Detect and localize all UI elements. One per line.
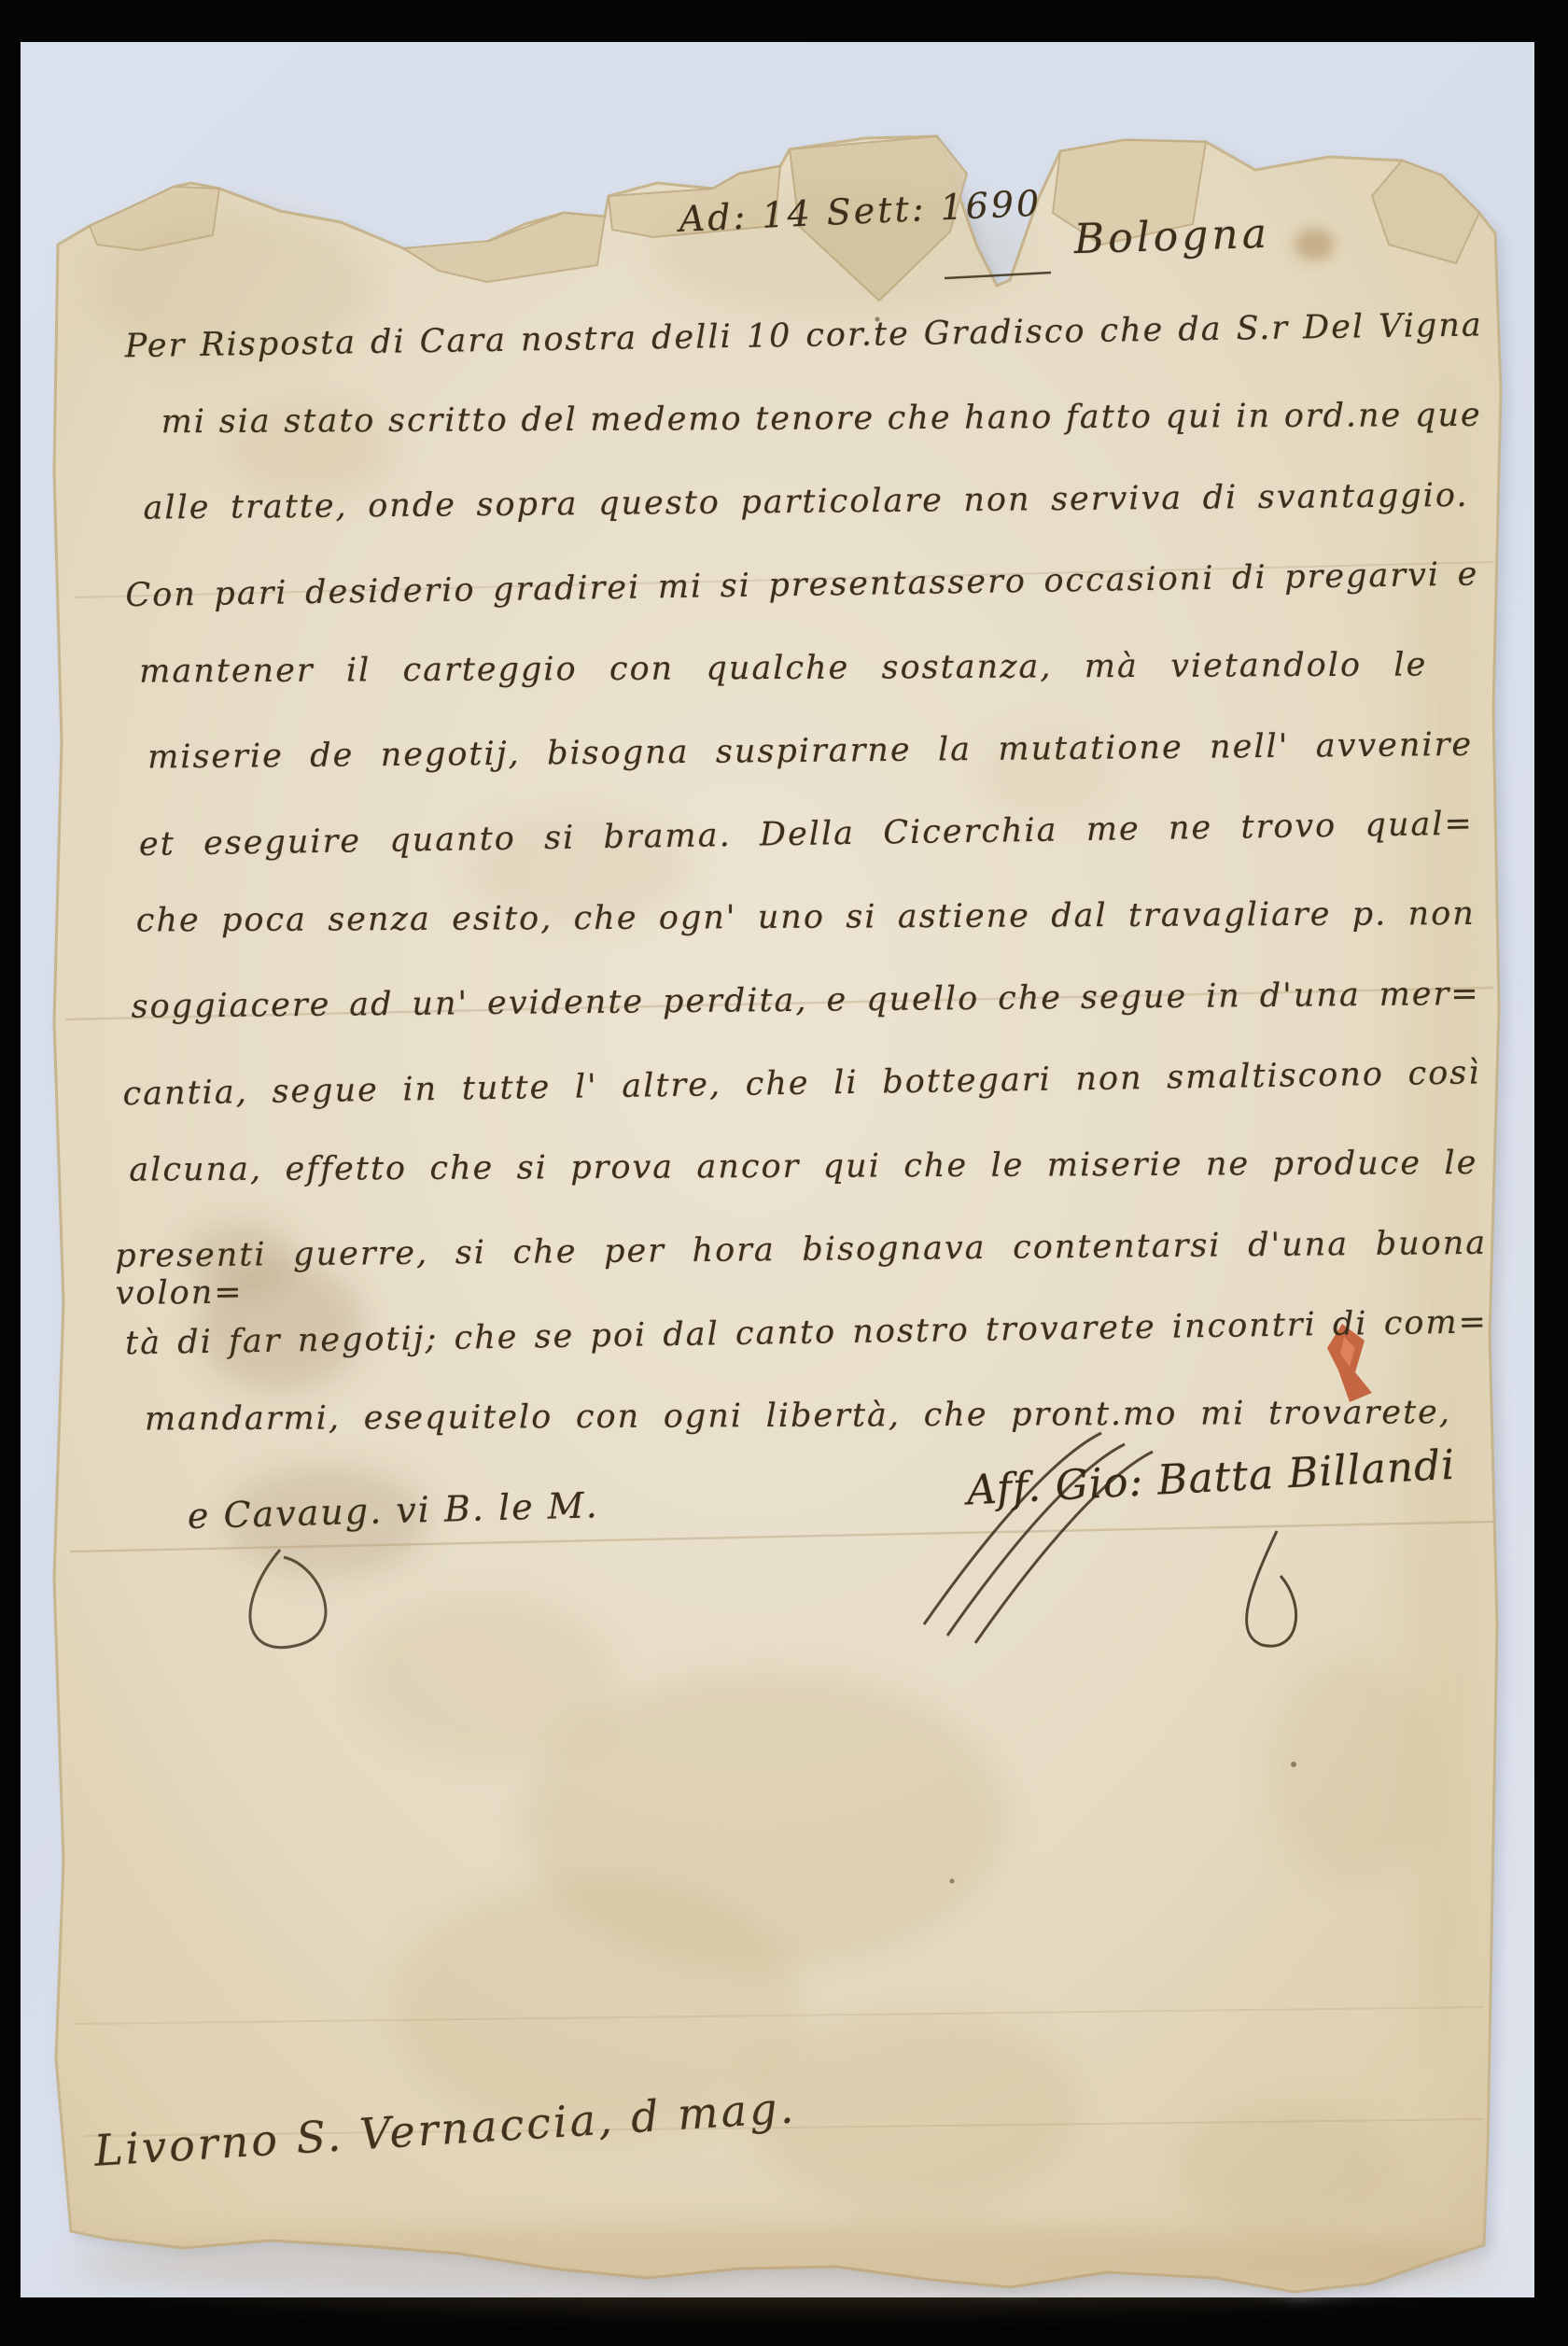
letter-line: soggiacere ad un' evidente perdita, e qu… — [131, 976, 1479, 1032]
letter-text-layer: Ad: 14 Sett: 1690 Bologna Per Risposta d… — [0, 0, 1568, 2346]
letter-line: mi sia stato scritto del medemo tenore c… — [161, 397, 1482, 446]
letter-line: miserie de negotij, bisogna suspirarne l… — [147, 726, 1473, 782]
letter-line: presenti guerre, si che per hora bisogna… — [115, 1225, 1487, 1281]
closing-formula: e Cavaug. vi B. le M. — [187, 1484, 599, 1537]
dateline-date: Ad: 14 Sett: 1690 — [679, 183, 1043, 240]
letter-line: Per Risposta di Cara nostra delli 10 cor… — [125, 306, 1484, 371]
letter-line: Con pari desiderio gradirei mi si presen… — [125, 555, 1479, 620]
letter-line: tà di far negotij; che se poi dal canto … — [125, 1303, 1489, 1368]
docket-note: Livorno S. Vernaccia, d mag. — [92, 2082, 797, 2176]
letter-line: mandarmi, esequitelo con ogni libertà, c… — [145, 1394, 1451, 1443]
letter-line: alle tratte, onde sopra questo particola… — [143, 477, 1468, 533]
letter-line: et eseguire quanto si brama. Della Cicer… — [139, 806, 1475, 869]
photo-of-manuscript-letter: Ad: 14 Sett: 1690 Bologna Per Risposta d… — [0, 0, 1568, 2346]
letter-line: cantia, segue in tutte l' altre, che li … — [122, 1054, 1481, 1118]
letter-line: mantener il carteggio con qualche sostan… — [139, 646, 1427, 695]
signature: Aff. Gio: Batta Billandi — [966, 1441, 1457, 1515]
dateline-place: Bologna — [1073, 210, 1271, 263]
letter-line: che poca senza esito, che ogn' uno si as… — [136, 895, 1476, 946]
letter-line: alcuna, effetto che si prova ancor qui c… — [129, 1145, 1477, 1195]
